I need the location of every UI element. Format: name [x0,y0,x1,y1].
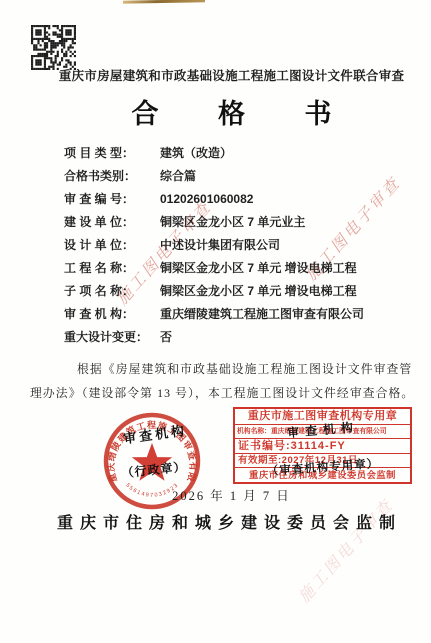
field-value: 中述设计集团有限公司 [160,234,280,257]
field-value: 综合篇 [160,165,196,188]
issue-date: 2026 年 1 月 7 日 [32,486,431,504]
scan-artifact-line [123,0,205,4]
document-title: 合 格 书 [32,92,431,131]
field-label: 设 计 单 位： [64,234,160,257]
supervising-authority: 重庆市住房和城乡建设委员会监制 [28,510,431,533]
field-list: 项 目 类 型： 建筑（改造） 合格书类别： 综合篇 审 查 编 号： 0120… [64,142,424,349]
field-label: 重大设计变更： [64,326,160,349]
field-row-design-unit: 设 计 单 位： 中述设计集团有限公司 [64,234,424,257]
approval-paragraph: 根据《房屋建筑和市政基础设施工程施工图设计文件审查管理办法》（建设部令第 13 … [30,357,416,405]
field-label: 工 程 名 称： [64,257,160,280]
field-row-subproject-name: 子 项 名 称： 铜梁区金龙小区 7 单元 增设电梯工程 [64,280,424,303]
field-value: 重庆缙陵建筑工程施工图审查有限公司 [160,303,364,326]
field-label: 子 项 名 称： [64,280,160,303]
field-row-project-type: 项 目 类 型： 建筑（改造） [64,142,424,165]
field-label: 合格书类别： [64,165,160,188]
field-value: 建筑（改造） [160,142,232,165]
field-value: 01202601060082 [160,188,253,211]
qr-code [30,25,77,70]
field-label: 项 目 类 型： [64,142,160,165]
field-row-construction-unit: 建 设 单 位： 铜梁区金龙小区 7 单元业主 [64,211,424,234]
field-value: 铜梁区金龙小区 7 单元 增设电梯工程 [160,280,357,303]
field-value: 铜梁区金龙小区 7 单元 增设电梯工程 [160,257,357,280]
field-value: 铜梁区金龙小区 7 单元业主 [160,211,305,234]
field-label: 建 设 单 位： [64,211,160,234]
field-row-major-design-change: 重大设计变更： 否 [64,326,424,349]
field-row-review-agency: 审 查 机 构： 重庆缙陵建筑工程施工图审查有限公司 [64,303,424,326]
field-row-project-name: 工 程 名 称： 铜梁区金龙小区 7 单元 增设电梯工程 [64,257,424,280]
document-subtitle: 重庆市房屋建筑和市政基础设施工程施工图设计文件联合审查 [32,66,431,84]
field-row-certificate-category: 合格书类别： 综合篇 [64,165,424,188]
field-row-review-number: 审 查 编 号： 01202601060082 [64,188,424,211]
field-value: 否 [160,326,172,349]
field-label: 审 查 机 构： [64,303,160,326]
field-label: 审 查 编 号： [64,188,160,211]
